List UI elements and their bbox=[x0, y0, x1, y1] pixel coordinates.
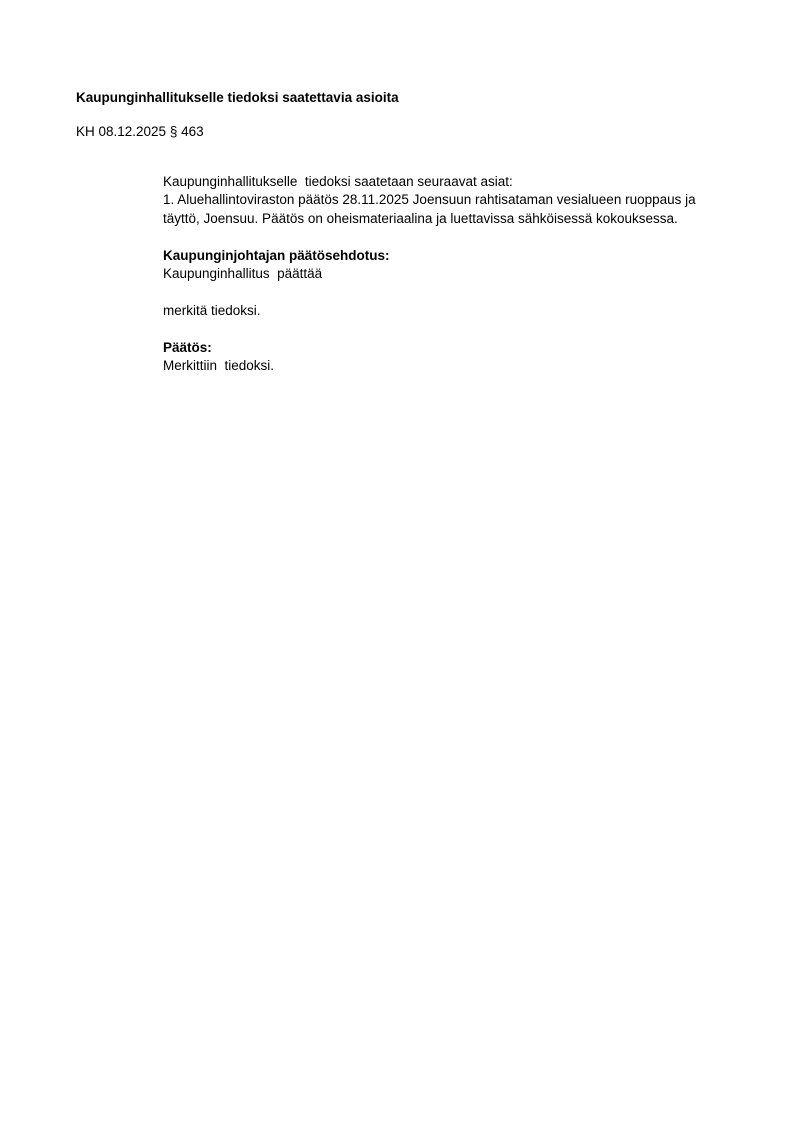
intro-text: Kaupunginhallitukselle tiedoksi saatetaa… bbox=[163, 173, 733, 191]
proposal-heading: Kaupunginjohtajan päätösehdotus: bbox=[163, 247, 733, 265]
decision-text: Merkittiin tiedoksi. bbox=[163, 357, 733, 375]
spacer bbox=[163, 283, 733, 301]
document-body: Kaupunginhallitukselle tiedoksi saatetaa… bbox=[163, 173, 733, 375]
spacer bbox=[163, 228, 733, 246]
proposal-lead: Kaupunginhallitus päättää bbox=[163, 265, 733, 283]
document-title: Kaupunginhallitukselle tiedoksi saatetta… bbox=[76, 89, 399, 107]
spacer bbox=[163, 320, 733, 338]
proposal-action: merkitä tiedoksi. bbox=[163, 302, 733, 320]
decision-heading: Päätös: bbox=[163, 339, 733, 357]
list-item: 1. Aluehallintoviraston päätös 28.11.202… bbox=[163, 191, 729, 228]
meeting-reference: KH 08.12.2025 § 463 bbox=[76, 123, 204, 141]
